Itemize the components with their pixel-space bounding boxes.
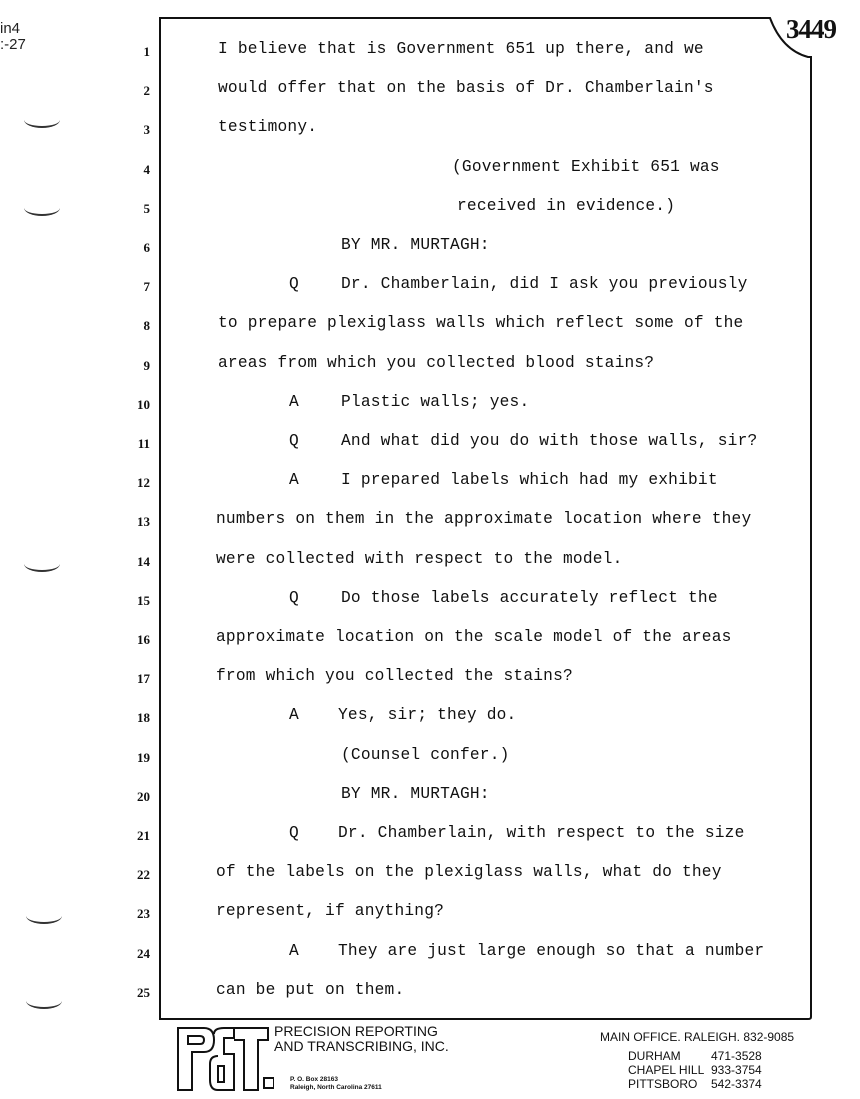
transcript-line: received in evidence.) [457, 197, 675, 215]
transcript-line: Dr. Chamberlain, with respect to the siz… [338, 824, 744, 842]
line-number: 5 [120, 201, 150, 217]
line-number: 12 [120, 475, 150, 491]
line-number: 17 [120, 671, 150, 687]
line-number: 10 [120, 397, 150, 413]
line-number: 1 [120, 44, 150, 60]
transcript-line: of the labels on the plexiglass walls, w… [216, 863, 722, 881]
line-number: 18 [120, 710, 150, 726]
speaker-label: Q [289, 275, 299, 293]
office-phone: 471-3528 [711, 1049, 762, 1063]
speaker-label: A [289, 393, 299, 411]
transcript-line: Dr. Chamberlain, did I ask you previousl… [341, 275, 747, 293]
speaker-label: A [289, 471, 299, 489]
line-number: 4 [120, 162, 150, 178]
office-phone: 542-3374 [711, 1077, 762, 1091]
speaker-label: Q [289, 824, 299, 842]
office-phone: 933-3754 [711, 1063, 762, 1077]
company-logo-icon [176, 1024, 274, 1094]
transcript-line: (Government Exhibit 651 was [452, 158, 720, 176]
transcript-line: testimony. [218, 118, 317, 136]
transcript-line: can be put on them. [216, 981, 404, 999]
address-line-1: P. O. Box 28163 [290, 1076, 382, 1084]
line-number: 2 [120, 83, 150, 99]
speaker-label: A [289, 706, 299, 724]
transcript-line: Yes, sir; they do. [338, 706, 516, 724]
transcript-line: I believe that is Government 651 up ther… [218, 40, 704, 58]
page-number: 3449 [786, 14, 836, 45]
transcript-line: from which you collected the stains? [216, 667, 573, 685]
transcript-line: would offer that on the basis of Dr. Cha… [218, 79, 714, 97]
line-number: 21 [120, 828, 150, 844]
transcript-line: BY MR. MURTAGH: [341, 785, 490, 803]
speaker-label: Q [289, 589, 299, 607]
transcript-line: areas from which you collected blood sta… [218, 354, 654, 372]
transcript-line: were collected with respect to the model… [216, 550, 622, 568]
line-number: 15 [120, 593, 150, 609]
line-number: 20 [120, 789, 150, 805]
company-name-line-1: PRECISION REPORTING [274, 1024, 449, 1039]
office-city: DURHAM [628, 1049, 681, 1063]
line-number: 16 [120, 632, 150, 648]
line-number: 23 [120, 906, 150, 922]
speaker-label: A [289, 942, 299, 960]
transcript-line: BY MR. MURTAGH: [341, 236, 490, 254]
speaker-label: Q [289, 432, 299, 450]
transcript-line: I prepared labels which had my exhibit [341, 471, 718, 489]
transcript-line: approximate location on the scale model … [216, 628, 732, 646]
company-name-line-2: AND TRANSCRIBING, INC. [274, 1039, 449, 1054]
line-number: 25 [120, 985, 150, 1001]
line-number: 3 [120, 122, 150, 138]
transcript-line: Do those labels accurately reflect the [341, 589, 718, 607]
line-number: 24 [120, 946, 150, 962]
transcript-line: They are just large enough so that a num… [338, 942, 764, 960]
line-number: 9 [120, 358, 150, 374]
company-name: PRECISION REPORTING AND TRANSCRIBING, IN… [274, 1024, 449, 1054]
office-city: CHAPEL HILL [628, 1063, 704, 1077]
line-number: 6 [120, 240, 150, 256]
main-office: MAIN OFFICE. RALEIGH. 832-9085 [600, 1030, 794, 1044]
transcript-line: (Counsel confer.) [341, 746, 510, 764]
line-number: 8 [120, 318, 150, 334]
transcript-line: represent, if anything? [216, 902, 444, 920]
transcript-line: And what did you do with those walls, si… [341, 432, 757, 450]
address-line-2: Raleigh, North Carolina 27611 [290, 1084, 382, 1092]
company-address: P. O. Box 28163 Raleigh, North Carolina … [290, 1076, 382, 1091]
line-number: 11 [120, 436, 150, 452]
office-city: PITTSBORO [628, 1077, 697, 1091]
line-number: 7 [120, 279, 150, 295]
line-number: 22 [120, 867, 150, 883]
transcript-line: to prepare plexiglass walls which reflec… [218, 314, 743, 332]
transcript-line: numbers on them in the approximate locat… [216, 510, 751, 528]
line-number: 13 [120, 514, 150, 530]
line-number: 14 [120, 554, 150, 570]
transcript-line: Plastic walls; yes. [341, 393, 529, 411]
line-number: 19 [120, 750, 150, 766]
